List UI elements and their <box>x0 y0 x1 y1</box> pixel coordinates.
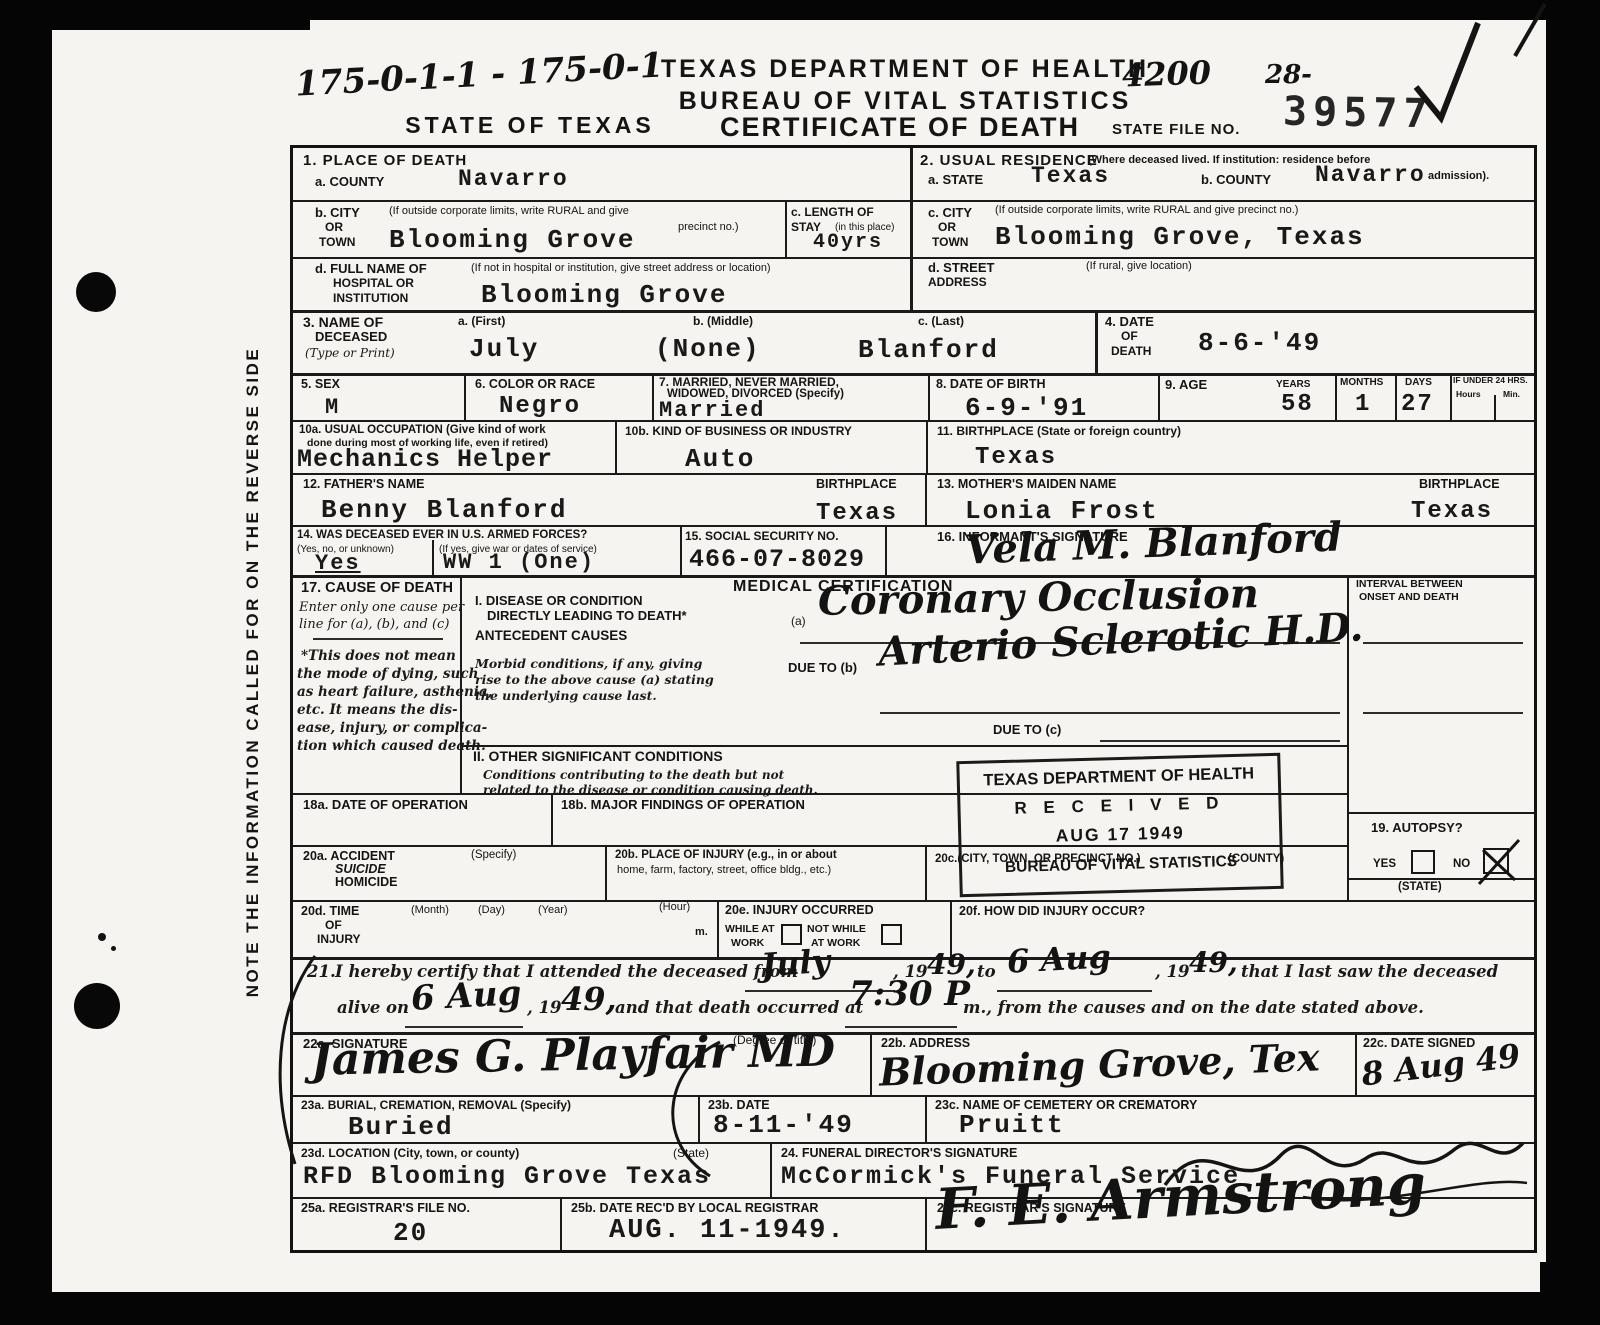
certificate-title: CERTIFICATE OF DEATH <box>720 112 1080 143</box>
rule <box>717 900 719 957</box>
first-name-value: July <box>469 334 539 364</box>
field-label: 25a. REGISTRAR'S FILE NO. <box>301 1201 470 1215</box>
field-note: (Type or Print) <box>305 346 395 360</box>
residence-county-value: Navarro <box>1315 162 1426 188</box>
field-label: HOMICIDE <box>335 875 398 889</box>
field-label: OR <box>325 220 343 234</box>
field-label: 25b. DATE REC'D BY LOCAL REGISTRAR <box>571 1201 818 1215</box>
age-years-value: 58 <box>1281 391 1314 418</box>
field-note: etc. It means the dis- <box>297 702 458 718</box>
field-label: DUE TO (b) <box>788 660 857 675</box>
rule <box>551 793 553 845</box>
field-label: 8. DATE OF BIRTH <box>936 377 1046 391</box>
field-label: 10a. USUAL OCCUPATION (Give kind of work <box>299 424 546 436</box>
rule <box>605 845 607 900</box>
field-label: DAYS <box>1405 377 1432 388</box>
field-label: c. LENGTH OF <box>791 205 874 219</box>
physician-signature: James G. Playfair MD <box>311 1025 836 1085</box>
rule <box>293 1095 1534 1097</box>
hospital-value: Blooming Grove <box>481 280 727 310</box>
field-label: 24. FUNERAL DIRECTOR'S SIGNATURE <box>781 1146 1017 1160</box>
rule <box>464 373 466 420</box>
rule <box>925 845 927 900</box>
field-label: (a) <box>791 614 806 628</box>
city-of-death-value: Blooming Grove <box>389 225 635 255</box>
rule <box>293 525 1534 527</box>
field-label: a. STATE <box>928 172 983 187</box>
field-note: line for (a), (b), and (c) <box>299 617 449 632</box>
field-label: YEARS <box>1276 379 1310 390</box>
field-label: II. OTHER SIGNIFICANT CONDITIONS <box>473 748 723 764</box>
scan-edge <box>0 0 310 30</box>
field-note: (If rural, give location) <box>1086 260 1192 272</box>
length-of-stay-value: 40yrs <box>813 231 883 254</box>
checkmark-icon <box>1408 15 1488 130</box>
field-note: tion which caused death. <box>297 738 486 754</box>
stamp-line: R E C E I V E D <box>960 792 1278 820</box>
field-note: (Hour) <box>659 901 690 913</box>
field-label: 20f. HOW DID INJURY OCCUR? <box>959 904 1145 918</box>
field-label: MONTHS <box>1340 377 1383 388</box>
rule <box>770 1142 772 1197</box>
field-label: BIRTHPLACE <box>816 477 897 491</box>
field-note: the mode of dying, such <box>297 666 478 682</box>
certificate-form: 1. PLACE OF DEATH a. COUNTY Navarro b. C… <box>290 145 1537 1253</box>
field-label: 20a. ACCIDENT <box>303 849 395 863</box>
field-note: related to the disease or condition caus… <box>483 783 818 797</box>
stamp-date: AUG 17 1949 <box>961 820 1279 849</box>
field-label: b. COUNTY <box>1201 172 1271 187</box>
cert-text: m., from the causes and on the date stat… <box>963 998 1424 1017</box>
rule <box>293 957 1534 960</box>
rule <box>652 373 654 420</box>
rule <box>926 420 928 473</box>
rule <box>925 1095 927 1142</box>
field-label: 20e. INJURY OCCURRED <box>725 903 874 917</box>
field-label: c. CITY <box>928 205 972 220</box>
residence-state-value: Texas <box>1031 163 1110 189</box>
rule <box>560 1197 562 1250</box>
field-label: d. FULL NAME OF <box>315 261 427 276</box>
cert-text: , 19 <box>527 998 561 1017</box>
field-label: 10b. KIND OF BUSINESS OR INDUSTRY <box>625 424 852 438</box>
field-label: b. (Middle) <box>693 314 753 328</box>
rule <box>293 420 1534 422</box>
field-label: 3. NAME OF <box>303 314 383 330</box>
field-label: 20d. TIME <box>301 904 359 918</box>
cert-text: alive on <box>337 998 409 1017</box>
rule <box>928 373 930 420</box>
field-note: admission). <box>1428 170 1489 182</box>
field-label: WHILE AT <box>725 923 775 935</box>
field-label: 13. MOTHER'S MAIDEN NAME <box>937 477 1116 491</box>
field-label: Min. <box>1503 389 1520 399</box>
field-note: Conditions contributing to the death but… <box>483 768 784 782</box>
rule <box>870 1032 872 1095</box>
rule <box>1347 812 1534 814</box>
handwritten-number: 4200 <box>1121 53 1211 94</box>
mother-birthplace-value: Texas <box>1411 498 1493 525</box>
rule <box>910 148 913 310</box>
field-label: 12. FATHER'S NAME <box>303 477 425 491</box>
fill-line <box>997 990 1152 992</box>
ink-flourish <box>638 1036 728 1181</box>
field-label: DUE TO (c) <box>993 722 1061 737</box>
date-received-value: AUG. 11-1949. <box>609 1216 846 1246</box>
age-days-value: 27 <box>1401 391 1434 418</box>
residence-city-value: Blooming Grove, Texas <box>995 222 1365 252</box>
received-stamp: TEXAS DEPARTMENT OF HEALTH R E C E I V E… <box>956 753 1283 897</box>
field-note: (If outside corporate limits, write RURA… <box>995 204 1298 216</box>
rule <box>460 745 1347 747</box>
field-label: ADDRESS <box>928 275 987 289</box>
field-note: *This does not mean <box>301 648 456 664</box>
cert-text: and that death occurred at <box>615 998 863 1017</box>
rule <box>680 525 682 575</box>
field-label: 14. WAS DECEASED EVER IN U.S. ARMED FORC… <box>297 529 587 541</box>
date-of-birth-value: 6-9-'91 <box>965 393 1088 423</box>
occupation-value: Mechanics Helper <box>297 445 553 474</box>
rule <box>1494 395 1496 420</box>
sex-value: M <box>325 395 340 420</box>
interval-label: INTERVAL BETWEEN <box>1356 578 1463 590</box>
field-label: DIRECTLY LEADING TO DEATH* <box>487 608 687 623</box>
rule <box>293 900 1534 902</box>
birthplace-value: Texas <box>975 444 1057 471</box>
field-note: rise to the above cause (a) stating <box>475 672 714 687</box>
field-label: I. DISEASE OR CONDITION <box>475 593 643 608</box>
rule <box>885 525 887 575</box>
field-label: INJURY <box>317 932 361 946</box>
rule <box>1355 1032 1357 1095</box>
field-note: (Month) <box>411 904 449 916</box>
field-note: the underlying cause last. <box>475 688 657 703</box>
punch-hole <box>76 272 116 312</box>
marital-status-value: Married <box>659 398 765 423</box>
field-label: SUICIDE <box>335 862 386 876</box>
field-label: DECEASED <box>315 329 387 344</box>
rule <box>1395 373 1397 420</box>
field-label: d. STREET <box>928 260 994 275</box>
rule <box>432 540 434 575</box>
field-label: NO <box>1453 858 1470 870</box>
rule <box>1335 373 1337 420</box>
field-label: INSTITUTION <box>333 291 408 305</box>
field-label: OF <box>325 918 342 932</box>
cert-text: I hereby certify that I attended the dec… <box>335 962 798 981</box>
industry-value: Auto <box>685 444 755 474</box>
rule <box>615 420 617 473</box>
rule <box>293 310 1534 313</box>
ssn-value: 466-07-8029 <box>689 545 865 574</box>
field-label: ANTECEDENT CAUSES <box>475 628 627 643</box>
middle-name-value: (None) <box>655 334 761 364</box>
stamp-line: TEXAS DEPARTMENT OF HEALTH <box>960 764 1278 791</box>
interval-answer-line <box>1363 712 1523 714</box>
scan-edge <box>1550 0 1600 68</box>
burial-value: Buried <box>348 1112 454 1142</box>
injury-while-at-work-checkbox[interactable] <box>781 924 802 945</box>
field-note: home, farm, factory, street, office bldg… <box>617 864 831 876</box>
ink-flourish <box>265 950 325 1170</box>
field-label: IF UNDER 24 HRS. <box>1453 375 1528 385</box>
field-label: Hours <box>1456 389 1481 399</box>
field-label: 18a. DATE OF OPERATION <box>303 797 468 812</box>
field-label: b. CITY <box>315 205 360 220</box>
field-note: ease, injury, or complica- <box>297 720 487 736</box>
field-note: (If outside corporate limits, write RURA… <box>389 205 629 217</box>
field-label: 11. BIRTHPLACE (State or foreign country… <box>937 424 1181 438</box>
field-label: 15. SOCIAL SECURITY NO. <box>685 529 839 543</box>
field-label: TOWN <box>932 235 968 249</box>
field-label: 20c.(CITY, TOWN, OR PRECINCT NO.) <box>935 853 1141 865</box>
field-label: 1. PLACE OF DEATH <box>303 152 467 169</box>
field-label: 17. CAUSE OF DEATH <box>301 580 453 596</box>
ink-speck <box>111 946 116 951</box>
cemetery-value: Pruitt <box>959 1110 1065 1140</box>
scanned-death-certificate: { "colors": { "paper": "#f5f4f0", "ink":… <box>0 0 1600 1325</box>
field-label: c. (Last) <box>918 314 964 328</box>
field-label: 6. COLOR OR RACE <box>475 377 595 391</box>
rule <box>785 200 787 257</box>
rule <box>1450 373 1452 420</box>
answer-line-b <box>880 712 1340 714</box>
field-label: (STATE) <box>1398 881 1442 893</box>
field-label: NOT WHILE <box>807 923 866 935</box>
state-of-texas: STATE OF TEXAS <box>400 112 660 139</box>
field-label: 7. MARRIED, NEVER MARRIED, <box>659 375 839 389</box>
injury-not-while-at-work-checkbox[interactable] <box>881 924 902 945</box>
field-note: Enter only one cause per <box>299 600 464 615</box>
last-seen-alive-value: 6 Aug <box>410 973 522 1019</box>
rule <box>293 373 1534 376</box>
cause-note-rule <box>313 638 443 640</box>
field-label: 23a. BURIAL, CREMATION, REMOVAL (Specify… <box>301 1098 571 1112</box>
punch-hole <box>74 983 120 1029</box>
field-label: 5. SEX <box>301 377 340 391</box>
age-months-value: 1 <box>1355 391 1371 418</box>
time-of-death-value: 7:30 P <box>849 974 970 1014</box>
attended-from-value: July <box>760 942 832 985</box>
answer-line-c <box>1100 740 1340 742</box>
father-birthplace-value: Texas <box>816 500 898 527</box>
field-label: 19. AUTOPSY? <box>1371 820 1463 835</box>
father-name-value: Benny Blanford <box>321 495 567 525</box>
armed-forces-war-value: WW 1 (One) <box>443 550 595 575</box>
field-label: HOSPITAL OR <box>333 276 414 290</box>
rule <box>925 1197 927 1250</box>
last-name-value: Blanford <box>858 335 999 365</box>
rule <box>925 473 927 525</box>
attended-to-year-value: 49, <box>1189 946 1238 979</box>
fill-line <box>405 1026 523 1028</box>
field-label: 9. AGE <box>1165 377 1207 392</box>
field-label: a. COUNTY <box>315 174 384 189</box>
ink-speck <box>98 933 106 941</box>
field-label: OF <box>1121 329 1138 343</box>
race-value: Negro <box>499 393 581 420</box>
field-note: (Day) <box>478 904 505 916</box>
field-label: 18b. MAJOR FINDINGS OF OPERATION <box>561 797 805 812</box>
field-label: DEATH <box>1111 344 1151 358</box>
field-label: BIRTHPLACE <box>1419 477 1500 491</box>
autopsy-no-mark <box>1473 834 1525 890</box>
dept-title-line1: TEXAS DEPARTMENT OF HEALTH <box>655 55 1155 84</box>
state-file-no-label: STATE FILE NO. <box>1112 121 1240 138</box>
field-label: (COUNTY) <box>1228 853 1284 865</box>
field-note: as heart failure, asthenia, <box>297 684 492 700</box>
field-note: (If not in hospital or institution, give… <box>471 262 771 274</box>
field-label: 20b. PLACE OF INJURY (e.g., in or about <box>615 849 837 861</box>
date-of-death-value: 8-6-'49 <box>1198 328 1321 358</box>
field-note: (Specify) <box>471 849 516 861</box>
field-label: TOWN <box>319 235 355 249</box>
field-label: 23d. LOCATION (City, town, or county) <box>301 1146 519 1160</box>
registrar-file-no-value: 20 <box>393 1218 428 1248</box>
field-note: precinct no.) <box>678 221 739 233</box>
field-label: YES <box>1373 858 1396 870</box>
rule <box>293 257 1534 259</box>
county-of-death-value: Navarro <box>458 166 569 192</box>
field-label: a. (First) <box>458 314 505 328</box>
armed-forces-value: Yes <box>315 551 361 576</box>
corner-tick-mark <box>1505 0 1550 60</box>
autopsy-yes-checkbox[interactable] <box>1411 850 1435 874</box>
burial-date-value: 8-11-'49 <box>713 1110 854 1140</box>
attended-to-value: 6 Aug <box>1006 937 1112 980</box>
interval-answer-line <box>1363 642 1523 644</box>
last-seen-year-value: 49, <box>561 980 617 1018</box>
fill-line <box>845 1026 957 1028</box>
interval-label: ONSET AND DEATH <box>1359 591 1459 603</box>
cert-text: that I last saw the deceased <box>1241 962 1498 981</box>
field-label: 4. DATE <box>1105 314 1154 329</box>
rule <box>1158 373 1160 420</box>
field-label: OR <box>938 220 956 234</box>
cert-text: , 19 <box>1155 962 1189 981</box>
field-note: Morbid conditions, if any, giving <box>475 656 702 671</box>
rule <box>293 200 1534 202</box>
field-note: (Year) <box>538 904 568 916</box>
cert-text: to <box>977 962 996 981</box>
handwritten-number-2: 28- <box>1265 60 1312 90</box>
scan-edge <box>1540 1262 1600 1325</box>
rule <box>1095 310 1098 373</box>
field-note: m. <box>695 926 708 938</box>
